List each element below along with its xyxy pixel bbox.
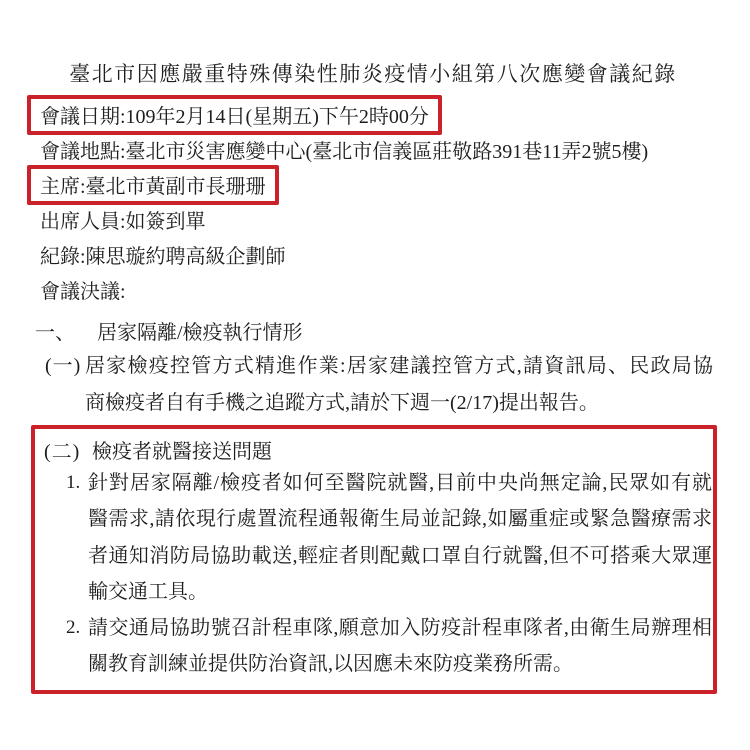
attendees-row: 出席人員:如簽到單: [33, 202, 713, 237]
point-2-line-2: 關教育訓練並提供防治資訊,以因應未來防疫業務所需。: [88, 646, 712, 682]
meeting-date: 會議日期:109年2月14日(星期五)下午2時00分: [40, 106, 429, 128]
document-page: 臺北市因應嚴重特殊傳染性肺炎疫情小組第八次應變會議紀錄 會議日期:109年2月1…: [0, 0, 750, 750]
meeting-meta: 會議日期:109年2月14日(星期五)下午2時00分 會議地點:臺北市災害應變中…: [33, 97, 713, 307]
point-2-number: 2.: [66, 610, 88, 646]
meeting-chair-highlight-box: 主席:臺北市黃副市長珊珊: [27, 165, 279, 205]
meeting-chair: 主席:臺北市黃副市長珊珊: [40, 176, 266, 198]
subitem-2-highlight-box: (二) 檢疫者就醫接送問題 1. 針對居家隔離/檢疫者如何至醫院就醫,目前中央尚…: [31, 425, 717, 694]
resolutions-label-row: 會議決議:: [33, 272, 713, 307]
point-1-number: 1.: [66, 465, 88, 501]
subitem-2-title: 檢疫者就醫接送問題: [92, 435, 272, 464]
subitem-2-label: (二): [44, 435, 92, 464]
point-2: 2. 請交通局協助號召計程車隊,願意加入防疫計程車隊者,由衛生局辦理相 關教育訓…: [66, 610, 713, 683]
resolutions-label: 會議決議:: [40, 275, 126, 304]
section-1-number: 一、: [35, 316, 75, 345]
subitem-1-line-2: 商檢疫者自有手機之追蹤方式,請於下週一(2/17)提出報告。: [85, 385, 713, 422]
point-1-line-2: 醫需求,請依現行處置流程通報衛生局並記錄,如屬重症或緊急醫療需求: [88, 501, 712, 537]
document-content: 臺北市因應嚴重特殊傳染性肺炎疫情小組第八次應變會議紀錄 會議日期:109年2月1…: [0, 0, 750, 694]
section-1-title: 居家隔離/檢疫執行情形: [97, 316, 303, 345]
subitem-1-line-1: 居家檢疫控管方式精進作業:居家建議控管方式,請資訊局、民政局協: [85, 348, 713, 385]
meeting-location: 會議地點:臺北市災害應變中心(臺北市信義區莊敬路391巷11弄2號5樓): [40, 135, 648, 164]
meeting-date-highlight-box: 會議日期:109年2月14日(星期五)下午2時00分: [27, 95, 442, 135]
meeting-date-row: 會議日期:109年2月14日(星期五)下午2時00分: [33, 97, 713, 132]
point-1-text: 針對居家隔離/檢疫者如何至醫院就醫,目前中央尚無定論,民眾如有就 醫需求,請依現…: [88, 465, 712, 610]
section-1-heading: 一、 居家隔離/檢疫執行情形: [35, 313, 713, 348]
subitem-2-heading: (二) 檢疫者就醫接送問題: [44, 433, 713, 465]
subitem-1-label: (一): [45, 348, 85, 385]
point-1: 1. 針對居家隔離/檢疫者如何至醫院就醫,目前中央尚無定論,民眾如有就 醫需求,…: [66, 465, 713, 610]
subitem-1: (一) 居家檢疫控管方式精進作業:居家建議控管方式,請資訊局、民政局協 商檢疫者…: [45, 348, 713, 421]
attendees: 出席人員:如簽到單: [40, 205, 206, 234]
subitem-1-text: 居家檢疫控管方式精進作業:居家建議控管方式,請資訊局、民政局協 商檢疫者自有手機…: [85, 348, 713, 421]
point-1-line-4: 輸交通工具。: [88, 574, 712, 610]
point-1-line-3: 者通知消防局協助載送,輕症者則配戴口罩自行就醫,但不可搭乘大眾運: [88, 538, 712, 574]
page-title: 臺北市因應嚴重特殊傳染性肺炎疫情小組第八次應變會議紀錄: [33, 60, 713, 88]
recorder: 紀錄:陳思璇約聘高級企劃師: [40, 240, 286, 269]
point-1-line-1: 針對居家隔離/檢疫者如何至醫院就醫,目前中央尚無定論,民眾如有就: [88, 465, 712, 501]
meeting-chair-row: 主席:臺北市黃副市長珊珊: [33, 167, 713, 202]
point-2-text: 請交通局協助號召計程車隊,願意加入防疫計程車隊者,由衛生局辦理相 關教育訓練並提…: [88, 610, 712, 683]
recorder-row: 紀錄:陳思璇約聘高級企劃師: [33, 237, 713, 272]
point-2-line-1: 請交通局協助號召計程車隊,願意加入防疫計程車隊者,由衛生局辦理相: [88, 610, 712, 646]
meeting-location-row: 會議地點:臺北市災害應變中心(臺北市信義區莊敬路391巷11弄2號5樓): [33, 132, 713, 167]
